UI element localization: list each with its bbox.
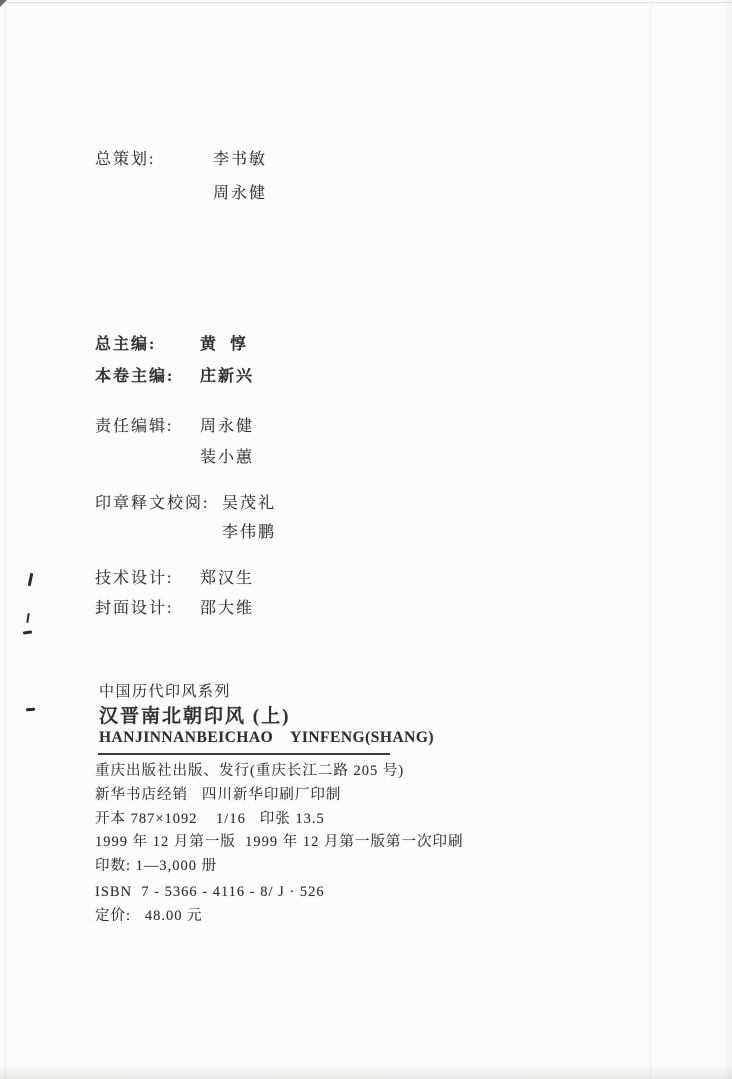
scanned-colophon-page: 总策划: 李书敏 周永健 总主编: 黄 惇 本卷主编: 庄新兴 责任编辑: 周永… — [0, 0, 732, 1079]
scan-bottom-shadow — [0, 1065, 732, 1079]
scan-right-shadow — [724, 0, 732, 1079]
series-title: 中国历代印风系列 — [99, 680, 231, 701]
edition-line: 1999 年 12 月第一版 1999 年 12 月第一版第一次印刷 — [95, 831, 464, 855]
credit-label: 责任编辑: — [95, 413, 200, 436]
credit-name: 周永健 — [200, 413, 254, 436]
credit-name: 庄新兴 — [200, 363, 254, 386]
colophon-block: 重庆出版社出版、发行(重庆长江二路 205 号) 新华书店经销 四川新华印刷厂印… — [95, 760, 464, 929]
credit-name: 黄 惇 — [200, 331, 248, 354]
credit-label: 总策划: — [95, 146, 213, 169]
credit-label: 本卷主编: — [95, 363, 200, 386]
credit-label: 总主编: — [95, 331, 200, 354]
book-title-romanized: HANJINNANBEICHAO YINFENG(SHANG) — [99, 729, 434, 747]
credit-name: 装小蕙 — [200, 444, 254, 467]
ink-speck — [26, 613, 30, 623]
divider-rule — [98, 753, 390, 755]
credit-label: 封面设计: — [95, 595, 200, 618]
format-line: 开本 787×1092 1/16 印张 13.5 — [95, 808, 464, 832]
publisher-line: 重庆出版社出版、发行(重庆长江二路 205 号) — [95, 760, 464, 784]
distribution-line: 新华书店经销 四川新华印刷厂印制 — [95, 784, 464, 808]
price-line: 定价: 48.00 元 — [95, 905, 464, 929]
credit-name: 周永健 — [213, 180, 267, 203]
scan-top-edge-line — [0, 2, 732, 3]
credit-block-responsible-editor: 责任编辑: 周永健 装小蕙 — [95, 413, 254, 467]
ink-speck — [23, 630, 32, 634]
credit-name: 邵大维 — [200, 595, 254, 618]
ink-speck — [26, 708, 35, 711]
scan-page-fold-line — [650, 0, 651, 1079]
credit-name: 李书敏 — [213, 146, 267, 169]
credit-name: 李伟鹏 — [222, 519, 276, 542]
credit-label: 技术设计: — [95, 565, 200, 588]
credit-label: 印章释文校阅: — [95, 490, 222, 513]
print-run-line: 印数: 1—3,000 册 — [95, 855, 464, 879]
isbn-line: ISBN 7 - 5366 - 4116 - 8/ J · 526 — [95, 881, 464, 905]
book-title: 汉晋南北朝印风 (上) — [99, 701, 290, 728]
credit-block-chief-planner: 总策划: 李书敏 周永健 — [95, 146, 267, 203]
scan-left-edge-line — [5, 0, 6, 1079]
credit-name: 吴茂礼 — [222, 490, 276, 513]
credit-block-seal-proofreader: 印章释文校阅: 吴茂礼 李伟鹏 — [95, 490, 276, 542]
credit-name: 郑汉生 — [200, 565, 254, 588]
credit-block-design: 技术设计: 郑汉生 封面设计: 邵大维 — [95, 565, 254, 618]
ink-speck — [28, 573, 33, 586]
credit-block-editors: 总主编: 黄 惇 本卷主编: 庄新兴 — [95, 331, 254, 386]
